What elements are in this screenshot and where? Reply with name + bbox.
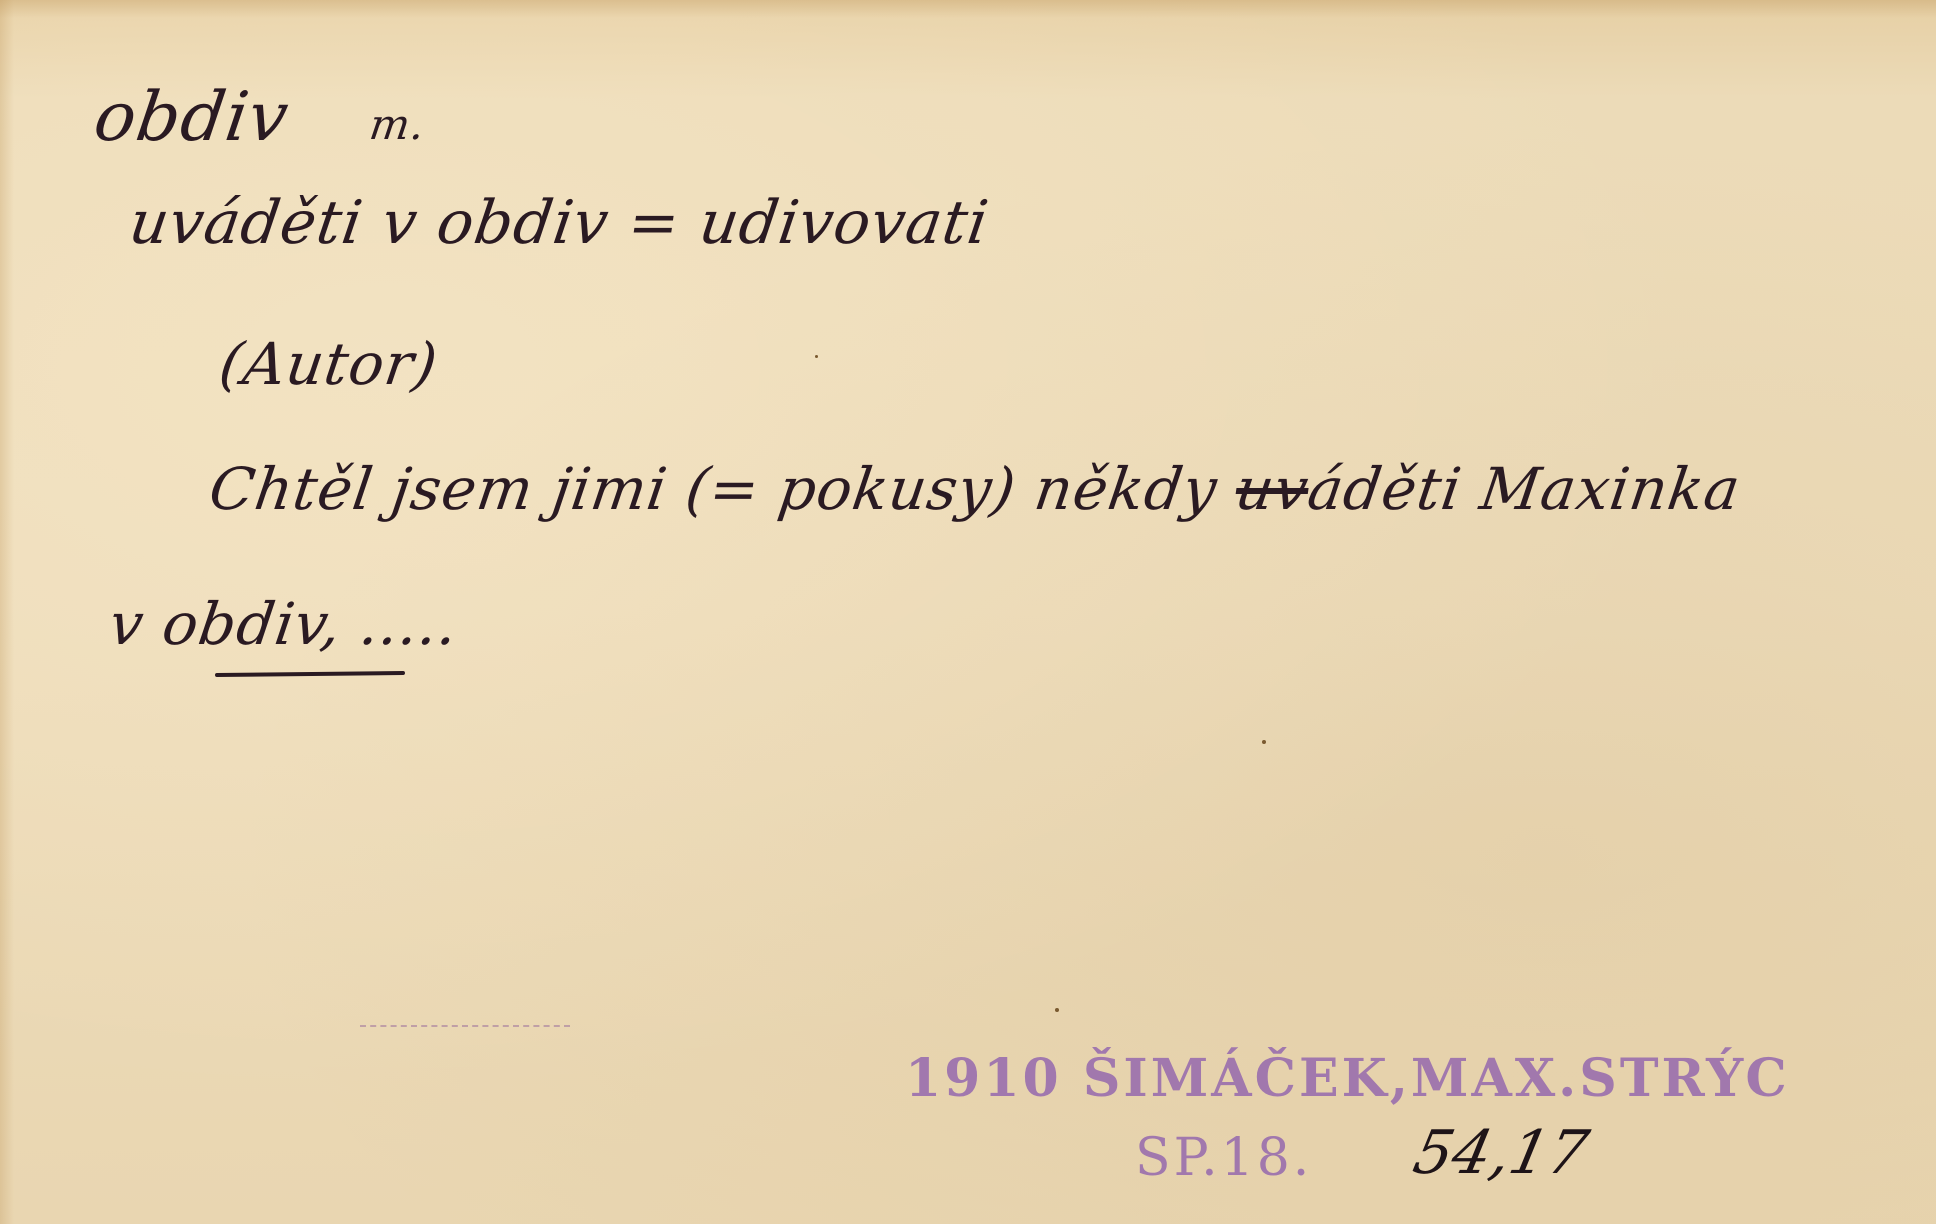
stamp-volume: SP.18.: [1135, 1128, 1312, 1188]
quote-line-2: v obdiv, .....: [105, 590, 462, 658]
struck-text: uv: [1232, 455, 1314, 523]
lexicographic-card: obdiv m. uváděti v obdiv = udivovati (Au…: [0, 0, 1936, 1224]
quote-keyword: obdiv: [158, 590, 326, 658]
paper-speck: [1262, 740, 1266, 744]
quote-text: Chtěl jsem jimi (= pokusy) někdy: [205, 455, 1241, 523]
paper-speck: [1055, 1008, 1059, 1012]
phrase-definition: uváděti v obdiv = udivovati: [125, 188, 993, 258]
paper-speck: [815, 355, 818, 358]
stamp-source-line: 1910 ŠIMÁČEK,MAX.STRÝC: [905, 1048, 1790, 1109]
quote-line-1: Chtěl jsem jimi (= pokusy) někdy uváděti…: [205, 455, 1745, 523]
quote-text-continued: áděti Maxinka: [1304, 455, 1745, 523]
page-reference: 54,17: [1408, 1118, 1595, 1188]
paper-edge-left: [0, 0, 14, 1224]
source-author: (Autor): [215, 330, 442, 398]
paper-edge-top: [0, 0, 1936, 18]
headword: obdiv: [89, 78, 293, 157]
keyword-underline: [215, 671, 405, 677]
quote-suffix: , .....: [317, 590, 463, 658]
faint-dashed-line: [360, 1025, 570, 1027]
grammatical-gender: m.: [367, 100, 429, 149]
